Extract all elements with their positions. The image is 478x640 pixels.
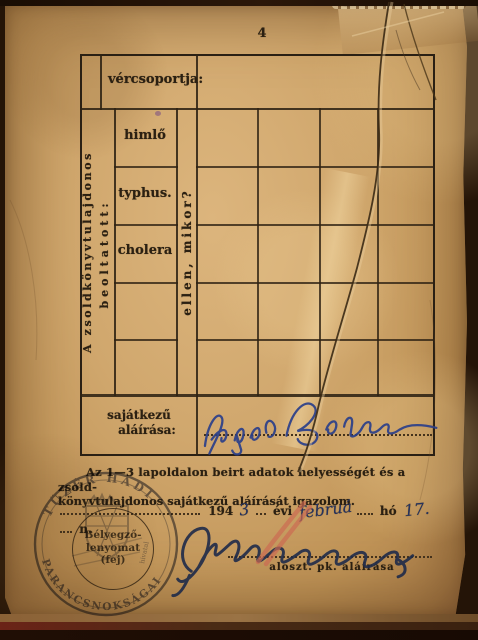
- against-when-label: ellen, mikor?: [180, 176, 196, 328]
- ho-label: hó: [380, 504, 397, 518]
- document-photo: 4 vércsoportja: A zsoldkönyvtulajdonos b…: [0, 0, 478, 640]
- stamp-placeholder-line-2: lenyomat: [73, 542, 153, 555]
- page-top-edge: [0, 0, 478, 6]
- grid-line: [319, 108, 321, 396]
- stamp-placeholder-line-3: (fej): [73, 554, 153, 567]
- grid-line: [377, 108, 379, 396]
- grid-line: [257, 108, 259, 396]
- grid-line: [114, 339, 178, 341]
- year-prefix: 194: [208, 504, 233, 518]
- officer-signature-line: [228, 556, 432, 558]
- dotted-leader: [357, 501, 373, 515]
- evi-label: évi: [273, 504, 292, 518]
- grid-line: [196, 166, 435, 168]
- own-signature-label-1: sajátkezű: [98, 408, 180, 422]
- grid-line: [114, 166, 178, 168]
- signature-ruled-line: [204, 434, 432, 436]
- grid-line: [196, 224, 435, 226]
- stamp-placeholder-line-1: Bélyegző-: [73, 529, 153, 542]
- day-handwritten: 17.: [403, 499, 430, 521]
- dotted-leader: [60, 519, 72, 533]
- grid-line: [80, 394, 435, 397]
- year-handwritten: 3: [238, 499, 251, 519]
- grid-line: [196, 339, 435, 341]
- stamp-placeholder-circle: Bélyegző- lenyomat (fej): [72, 508, 154, 590]
- blood-group-label: vércsoportja:: [108, 72, 203, 87]
- cover-edge: [0, 630, 478, 640]
- grid-line: [100, 54, 102, 110]
- grid-line: [196, 282, 435, 284]
- owner-vertical-label-2: beoltatott:: [98, 176, 114, 332]
- grid-line: [114, 282, 178, 284]
- grid-line: [176, 108, 178, 396]
- grid-line: [114, 224, 178, 226]
- own-signature-label-2: aláírása:: [106, 423, 188, 437]
- vaccine-row-label-himlo: himlő: [114, 128, 176, 143]
- month-handwritten: februá: [298, 497, 353, 522]
- dotted-leader: [256, 501, 266, 515]
- page-number: 4: [240, 26, 284, 41]
- owner-vertical-label: A zsoldkönyvtulajdonos: [81, 106, 97, 398]
- vaccine-row-label-typhus: typhus.: [114, 186, 176, 201]
- officer-signature-caption: aloszt. pk. aláírása: [252, 562, 412, 573]
- certification-line-1: Az 1—3 lapoldalon beirt adatok helyesség…: [58, 465, 444, 494]
- vaccine-row-label-cholera: cholera: [114, 243, 176, 258]
